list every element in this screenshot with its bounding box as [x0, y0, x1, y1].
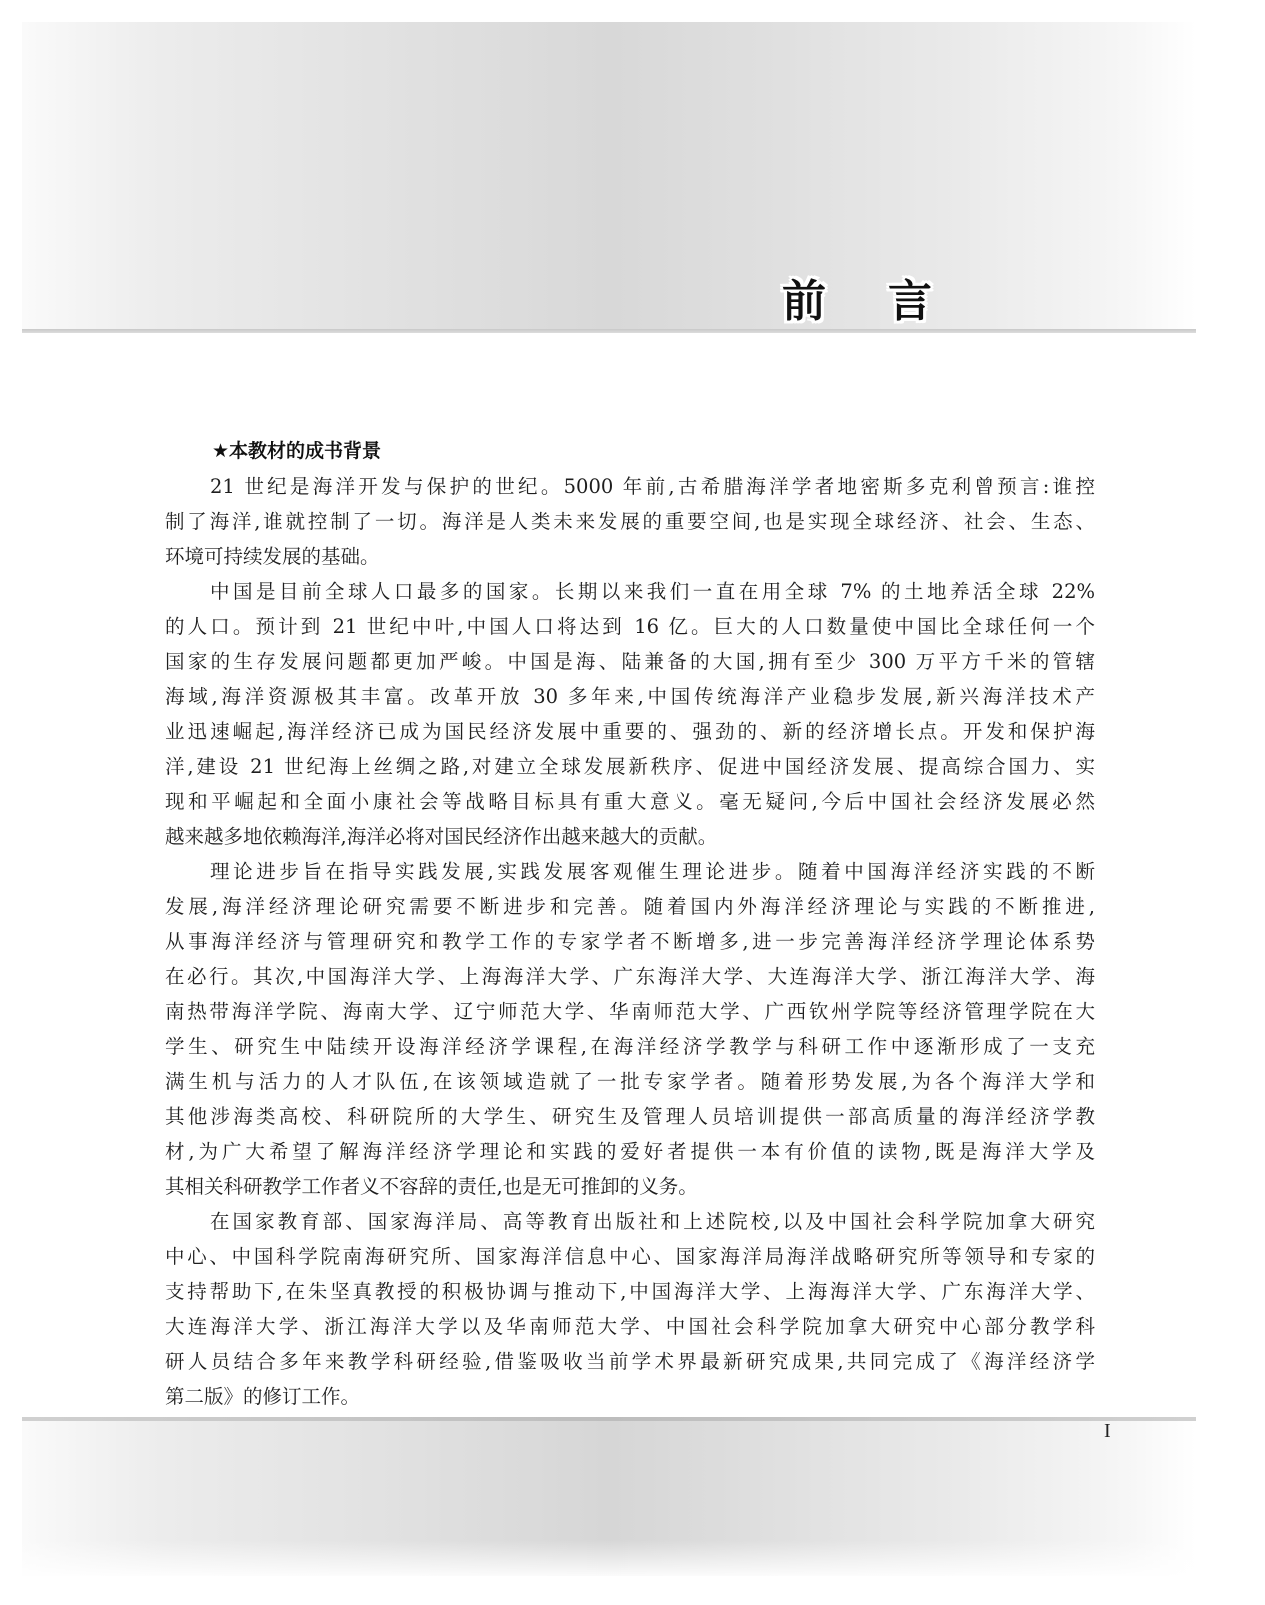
text-line: 在必行。其次,中国海洋大学、上海海洋大学、广东海洋大学、大连海洋大学、浙江海洋大… [165, 959, 1095, 994]
text-line: 研人员结合多年来教学科研经验,借鉴吸收当前学术界最新研究成果,共同完成了《海洋经… [165, 1344, 1095, 1379]
text-line: 越来越多地依赖海洋,海洋必将对国民经济作出越来越大的贡献。 [165, 819, 1095, 854]
text-line: 中心、中国科学院南海研究所、国家海洋信息中心、国家海洋局海洋战略研究所等领导和专… [165, 1239, 1095, 1274]
text-line: 支持帮助下,在朱坚真教授的积极协调与推动下,中国海洋大学、上海海洋大学、广东海洋… [165, 1274, 1095, 1309]
text-line: 满生机与活力的人才队伍,在该领域造就了一批专家学者。随着形势发展,为各个海洋大学… [165, 1064, 1095, 1099]
header-rule [22, 329, 1196, 333]
text-line: 洋,建设 21 世纪海上丝绸之路,对建立全球发展新秩序、促进中国经济发展、提高综… [165, 749, 1095, 784]
footer-fade [22, 1540, 1196, 1580]
text-line: 其他涉海类高校、科研院所的大学生、研究生及管理人员培训提供一部高质量的海洋经济学… [165, 1099, 1095, 1134]
text-line: 21 世纪是海洋开发与保护的世纪。5000 年前,古希腊海洋学者地密斯多克利曾预… [165, 469, 1095, 504]
preface-body: ★本教材的成书背景 21 世纪是海洋开发与保护的世纪。5000 年前,古希腊海洋… [165, 434, 1095, 1414]
text-line: 现和平崛起和全面小康社会等战略目标具有重大意义。毫无疑问,今后中国社会经济发展必… [165, 784, 1095, 819]
text-line: 国家的生存发展问题都更加严峻。中国是海、陆兼备的大国,拥有至少 300 万平方千… [165, 644, 1095, 679]
text-line: 海域,海洋资源极其丰富。改革开放 30 多年来,中国传统海洋产业稳步发展,新兴海… [165, 679, 1095, 714]
text-line: 发展,海洋经济理论研究需要不断进步和完善。随着国内外海洋经济理论与实践的不断推进… [165, 889, 1095, 924]
text-line: 环境可持续发展的基础。 [165, 539, 1095, 574]
section-heading: ★本教材的成书背景 [165, 434, 1095, 469]
text-line: 理论进步旨在指导实践发展,实践发展客观催生理论进步。随着中国海洋经济实践的不断 [165, 854, 1095, 889]
text-line: 学生、研究生中陆续开设海洋经济学课程,在海洋经济学教学与科研工作中逐渐形成了一支… [165, 1029, 1095, 1064]
text-line: 在国家教育部、国家海洋局、高等教育出版社和上述院校,以及中国社会科学院加拿大研究 [165, 1204, 1095, 1239]
paragraph-3: 理论进步旨在指导实践发展,实践发展客观催生理论进步。随着中国海洋经济实践的不断 … [165, 854, 1095, 1204]
paragraph-1: 21 世纪是海洋开发与保护的世纪。5000 年前,古希腊海洋学者地密斯多克利曾预… [165, 469, 1095, 574]
text-line: 第二版》的修订工作。 [165, 1379, 1095, 1414]
header-band [22, 22, 1196, 330]
text-line: 材,为广大希望了解海洋经济学理论和实践的爱好者提供一本有价值的读物,既是海洋大学… [165, 1134, 1095, 1169]
page-number: I [1104, 1419, 1111, 1443]
paragraph-2: 中国是目前全球人口最多的国家。长期以来我们一直在用全球 7% 的土地养活全球 2… [165, 574, 1095, 854]
page-title: 前言 [782, 272, 994, 332]
paragraph-4: 在国家教育部、国家海洋局、高等教育出版社和上述院校,以及中国社会科学院加拿大研究… [165, 1204, 1095, 1414]
text-line: 大连海洋大学、浙江海洋大学以及华南师范大学、中国社会科学院加拿大研究中心部分教学… [165, 1309, 1095, 1344]
text-line: 的人口。预计到 21 世纪中叶,中国人口将达到 16 亿。巨大的人口数量使中国比… [165, 609, 1095, 644]
text-line: 从事海洋经济与管理研究和教学工作的专家学者不断增多,进一步完善海洋经济学理论体系… [165, 924, 1095, 959]
text-line: 业迅速崛起,海洋经济已成为国民经济发展中重要的、强劲的、新的经济增长点。开发和保… [165, 714, 1095, 749]
text-line: 中国是目前全球人口最多的国家。长期以来我们一直在用全球 7% 的土地养活全球 2… [165, 574, 1095, 609]
text-line: 其相关科研教学工作者义不容辞的责任,也是无可推卸的义务。 [165, 1169, 1095, 1204]
text-line: 南热带海洋学院、海南大学、辽宁师范大学、华南师范大学、广西钦州学院等经济管理学院… [165, 994, 1095, 1029]
text-line: 制了海洋,谁就控制了一切。海洋是人类未来发展的重要空间,也是实现全球经济、社会、… [165, 504, 1095, 539]
